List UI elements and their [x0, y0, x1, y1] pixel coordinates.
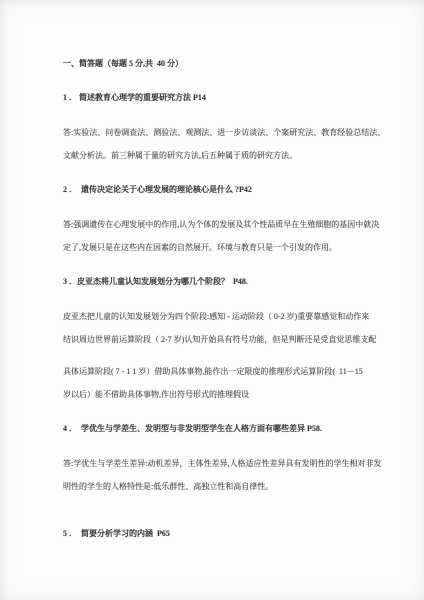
question-4: 4 ． 学优生与学差生、发明型与非发明型学生在人格方面有哪些差异 P58.	[63, 417, 394, 440]
document-content: 一、简答题（每题 5 分,共 40 分） 1 ． 简述教育心理学的重要研究方法 …	[63, 52, 394, 545]
answer-4-line-2: 明性的学生的人格特性是:低乐群性、高独立性和高自律性。	[63, 475, 394, 498]
answer-4-line-1: 答:学优生与学差生差异:动机差异，主体性差异,人格适应性差异具有发明性的学生相对…	[63, 452, 394, 475]
answer-1-line-2: 文献分析法。前三种属于量的研究方法,后五种属于质的研究方法。	[63, 144, 394, 167]
question-1: 1 ． 简述教育心理学的重要研究方法 P14	[63, 86, 394, 109]
question-3: 3 ．皮亚杰将儿童认知发展划分为哪几个阶段？ P48.	[63, 270, 394, 293]
answer-1-line-1: 答:实验法、问卷调查法、测验法、观测法、进一步访谈法、个案研究法、教育经验总结法…	[63, 121, 394, 144]
answer-3-line-2: 结识周边世界前运算阶段（ 2-7 岁)认知开始具有符号功能，但是判断还是受直觉思…	[63, 328, 394, 351]
scanned-document-page: 一、简答题（每题 5 分,共 40 分） 1 ． 简述教育心理学的重要研究方法 …	[0, 0, 424, 600]
answer-3-line-4: 岁以后）能不借助具体事物,作出符号形式的推理假设	[63, 383, 394, 406]
answer-2-line-2: 定了,发展只是在这些内在因素的自然展开。环境与教育只是一个引发的作用。	[63, 236, 394, 259]
section-header: 一、简答题（每题 5 分,共 40 分）	[63, 52, 394, 75]
answer-3-line-1: 皮亚杰把儿童的认知发展划分为四个阶段:感知 - 运动阶段（ 0-2 岁)重要靠感…	[63, 305, 394, 328]
answer-3-line-3: 具体运算阶段( 7 - 1 1 岁）借助具体事物,能作出一定限度的推理形式运算阶…	[63, 360, 394, 383]
question-2: 2 ． 遗传决定论关于心理发展的理论核心是什么 ?P42	[63, 178, 394, 201]
answer-2-line-1: 答:强调遗传在心理发展中的作用,认为个体的发展及其个性品质早在生殖细胞的基因中就…	[63, 213, 394, 236]
question-5: 5 ． 简要分析学习的内涵 P65	[63, 522, 394, 545]
